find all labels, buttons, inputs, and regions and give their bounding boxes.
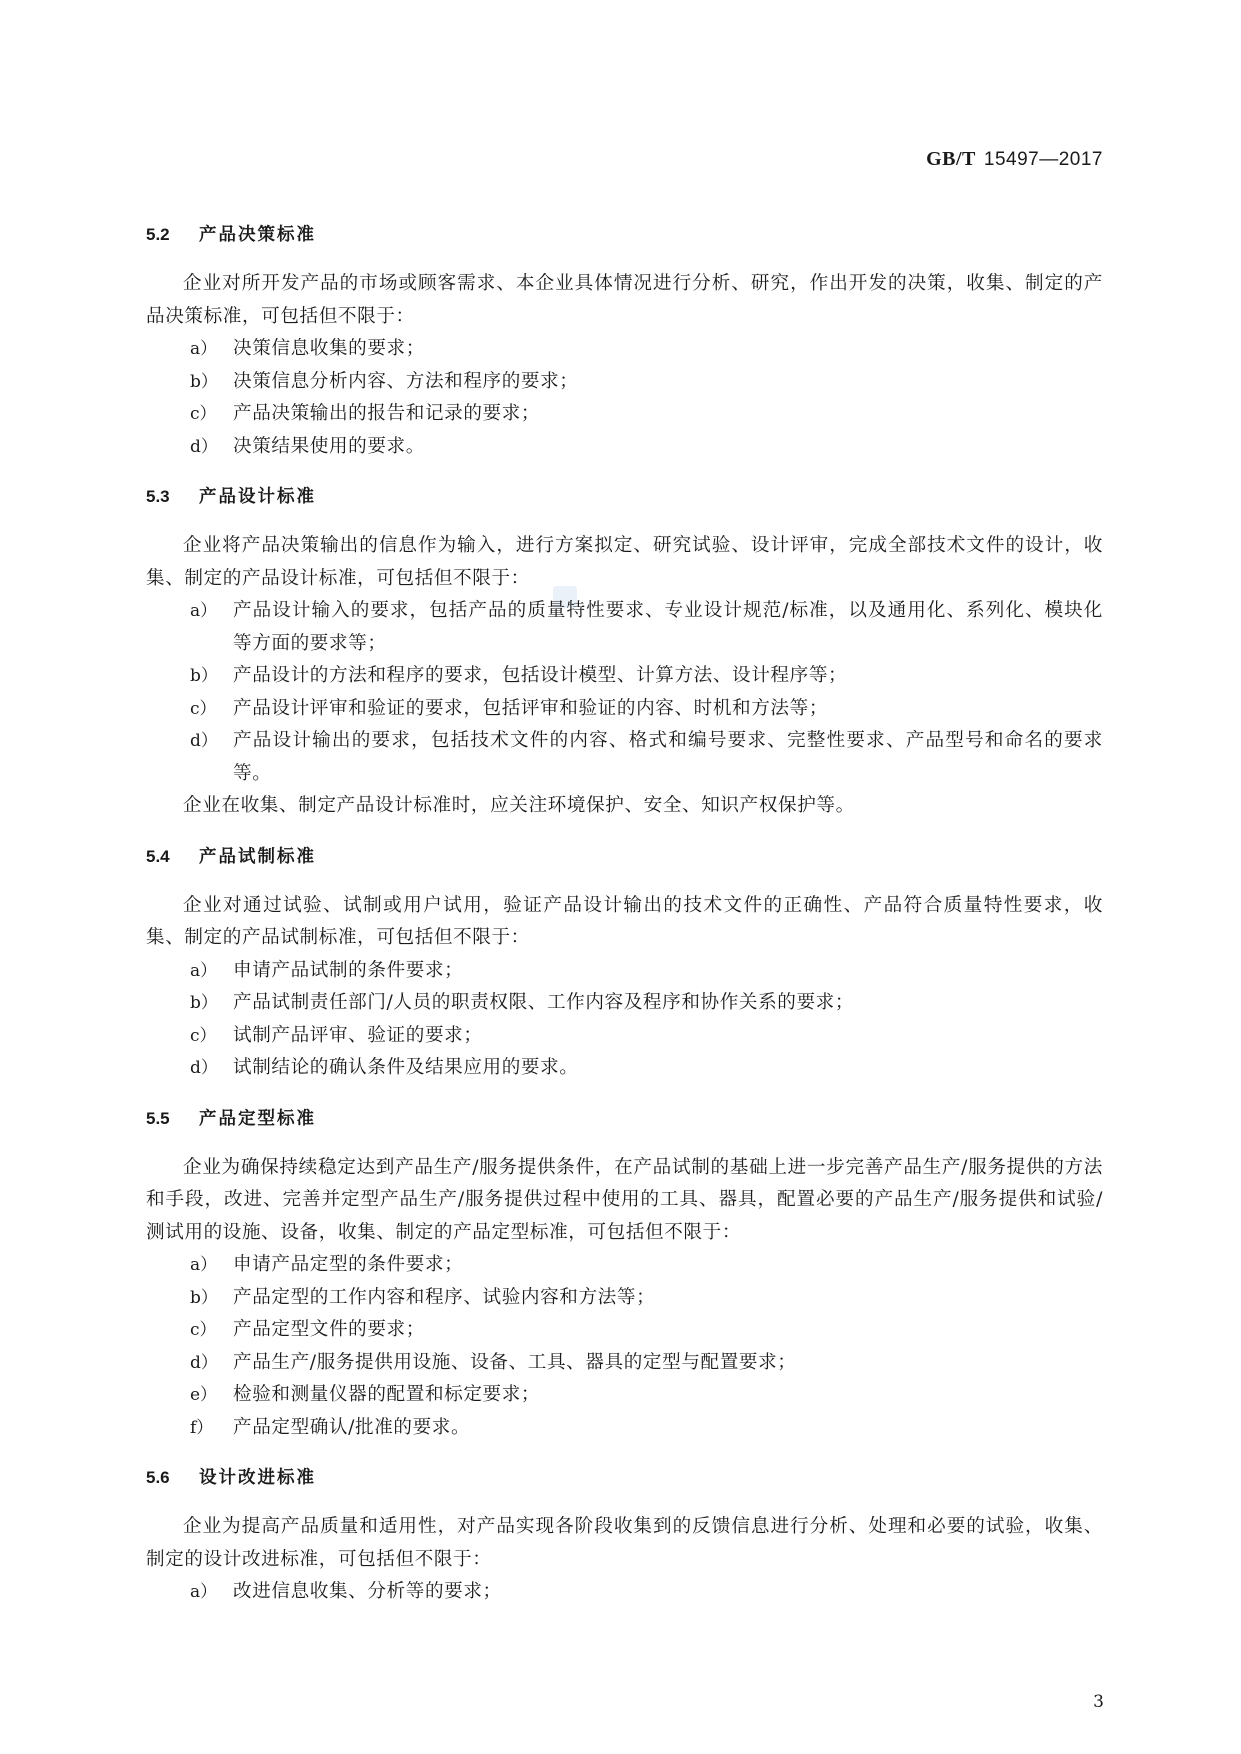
- requirement-list: a）申请产品定型的条件要求； b）产品定型的工作内容和程序、试验内容和方法等； …: [146, 1249, 1103, 1444]
- section-intro: 企业对通过试验、试制或用户试用，验证产品设计输出的技术文件的正确性、产品符合质量…: [146, 890, 1103, 955]
- section-spacer: [146, 463, 1103, 484]
- section-spacer: [146, 1085, 1103, 1106]
- list-item-text: 试制结论的确认条件及结果应用的要求。: [233, 1057, 579, 1078]
- list-item: b）决策信息分析内容、方法和程序的要求；: [146, 366, 1103, 399]
- section-title: 产品试制标准: [199, 847, 316, 867]
- list-item-text: 产品设计输出的要求，包括技术文件的内容、格式和编号要求、完整性要求、产品型号和命…: [233, 730, 1103, 784]
- standard-code-header: GB/T15497—2017: [926, 148, 1103, 171]
- list-item-text: 申请产品定型的条件要求；: [233, 1254, 463, 1275]
- list-item-text: 试制产品评审、验证的要求；: [233, 1025, 483, 1046]
- section-spacer: [146, 1444, 1103, 1465]
- list-item: f）产品定型确认/批准的要求。: [146, 1412, 1103, 1445]
- list-item: d）产品生产/服务提供用设施、设备、工具、器具的定型与配置要求；: [146, 1347, 1103, 1380]
- section-number: 5.6: [146, 1465, 199, 1491]
- list-item: a）改进信息收集、分析等的要求；: [146, 1576, 1103, 1609]
- document-body: 5.2产品决策标准 企业对所开发产品的市场或顾客需求、本企业具体情况进行分析、研…: [146, 222, 1103, 1609]
- section-5-5: 5.5产品定型标准 企业为确保持续稳定达到产品生产/服务提供条件，在产品试制的基…: [146, 1106, 1103, 1466]
- section-title: 产品决策标准: [199, 225, 316, 245]
- requirement-list: a）申请产品试制的条件要求； b）产品试制责任部门/人员的职责权限、工作内容及程…: [146, 955, 1103, 1085]
- list-item: b）产品设计的方法和程序的要求，包括设计模型、计算方法、设计程序等；: [146, 660, 1103, 693]
- list-marker: a）: [190, 1249, 217, 1282]
- list-marker: a）: [190, 955, 217, 988]
- section-intro: 企业将产品决策输出的信息作为输入，进行方案拟定、研究试验、设计评审，完成全部技术…: [146, 530, 1103, 595]
- section-title: 设计改进标准: [199, 1468, 316, 1488]
- section-heading: 5.3产品设计标准: [146, 484, 1103, 510]
- section-intro: 企业对所开发产品的市场或顾客需求、本企业具体情况进行分析、研究，作出开发的决策，…: [146, 268, 1103, 333]
- list-item: a）申请产品试制的条件要求；: [146, 955, 1103, 988]
- list-marker: d）: [190, 1347, 218, 1380]
- document-page: GB/T15497—2017 5.2产品决策标准 企业对所开发产品的市场或顾客需…: [0, 0, 1241, 1754]
- section-title: 产品定型标准: [199, 1109, 316, 1129]
- list-item-text: 产品设计输入的要求，包括产品的质量特性要求、专业设计规范/标准，以及通用化、系列…: [233, 600, 1103, 654]
- list-item: d）决策结果使用的要求。: [146, 431, 1103, 464]
- section-intro: 企业为确保持续稳定达到产品生产/服务提供条件，在产品试制的基础上进一步完善产品生…: [146, 1152, 1103, 1250]
- section-heading: 5.6设计改进标准: [146, 1465, 1103, 1491]
- list-item: a）产品设计输入的要求，包括产品的质量特性要求、专业设计规范/标准，以及通用化、…: [146, 595, 1103, 660]
- list-item: c）产品设计评审和验证的要求，包括评审和验证的内容、时机和方法等；: [146, 693, 1103, 726]
- requirement-list: a）产品设计输入的要求，包括产品的质量特性要求、专业设计规范/标准，以及通用化、…: [146, 595, 1103, 790]
- section-5-6: 5.6设计改进标准 企业为提高产品质量和适用性，对产品实现各阶段收集到的反馈信息…: [146, 1465, 1103, 1609]
- list-marker: b）: [190, 366, 218, 399]
- list-marker: b）: [190, 987, 218, 1020]
- list-item-text: 决策结果使用的要求。: [233, 436, 425, 457]
- list-item: d）产品设计输出的要求，包括技术文件的内容、格式和编号要求、完整性要求、产品型号…: [146, 725, 1103, 790]
- requirement-list: a）改进信息收集、分析等的要求；: [146, 1576, 1103, 1609]
- list-item: c）产品定型文件的要求；: [146, 1314, 1103, 1347]
- list-item: b）产品定型的工作内容和程序、试验内容和方法等；: [146, 1282, 1103, 1315]
- list-marker: b）: [190, 1282, 218, 1315]
- section-number: 5.2: [146, 222, 199, 248]
- section-5-3: 5.3产品设计标准 企业将产品决策输出的信息作为输入，进行方案拟定、研究试验、设…: [146, 484, 1103, 844]
- section-spacer: [146, 823, 1103, 844]
- list-item-text: 产品试制责任部门/人员的职责权限、工作内容及程序和协作关系的要求；: [233, 992, 854, 1013]
- list-marker: d）: [190, 725, 218, 758]
- list-item-text: 产品定型的工作内容和程序、试验内容和方法等；: [233, 1287, 655, 1308]
- list-item: e）检验和测量仪器的配置和标定要求；: [146, 1379, 1103, 1412]
- section-number: 5.3: [146, 484, 199, 510]
- list-marker: d）: [190, 431, 218, 464]
- list-item-text: 改进信息收集、分析等的要求；: [233, 1581, 502, 1602]
- list-item-text: 决策信息收集的要求；: [233, 338, 425, 359]
- list-item-text: 产品定型确认/批准的要求。: [233, 1417, 470, 1438]
- section-heading: 5.4产品试制标准: [146, 844, 1103, 870]
- list-item: a）申请产品定型的条件要求；: [146, 1249, 1103, 1282]
- section-heading: 5.2产品决策标准: [146, 222, 1103, 248]
- section-number: 5.5: [146, 1106, 199, 1132]
- section-note: 企业在收集、制定产品设计标准时，应关注环境保护、安全、知识产权保护等。: [146, 790, 1103, 823]
- list-marker: c）: [190, 1020, 217, 1053]
- list-marker: a）: [190, 1576, 217, 1609]
- list-marker: d）: [190, 1052, 218, 1085]
- section-title: 产品设计标准: [199, 487, 316, 507]
- list-item-text: 产品设计评审和验证的要求，包括评审和验证的内容、时机和方法等；: [233, 698, 828, 719]
- list-item-text: 产品设计的方法和程序的要求，包括设计模型、计算方法、设计程序等；: [233, 665, 847, 686]
- list-item-text: 检验和测量仪器的配置和标定要求；: [233, 1384, 540, 1405]
- standard-prefix: GB/T: [926, 148, 976, 170]
- section-heading: 5.5产品定型标准: [146, 1106, 1103, 1132]
- section-5-4: 5.4产品试制标准 企业对通过试验、试制或用户试用，验证产品设计输出的技术文件的…: [146, 844, 1103, 1106]
- list-marker: c）: [190, 1314, 217, 1347]
- standard-number: 15497—2017: [984, 149, 1103, 170]
- list-marker: c）: [190, 693, 217, 726]
- section-intro: 企业为提高产品质量和适用性，对产品实现各阶段收集到的反馈信息进行分析、处理和必要…: [146, 1511, 1103, 1576]
- list-item-text: 产品决策输出的报告和记录的要求；: [233, 403, 540, 424]
- list-item: c）试制产品评审、验证的要求；: [146, 1020, 1103, 1053]
- page-number: 3: [1093, 1692, 1104, 1712]
- section-5-2: 5.2产品决策标准 企业对所开发产品的市场或顾客需求、本企业具体情况进行分析、研…: [146, 222, 1103, 484]
- list-item: d）试制结论的确认条件及结果应用的要求。: [146, 1052, 1103, 1085]
- requirement-list: a）决策信息收集的要求； b）决策信息分析内容、方法和程序的要求； c）产品决策…: [146, 333, 1103, 463]
- list-item-text: 产品定型文件的要求；: [233, 1319, 425, 1340]
- list-item: c）产品决策输出的报告和记录的要求；: [146, 398, 1103, 431]
- list-item: a）决策信息收集的要求；: [146, 333, 1103, 366]
- list-marker: a）: [190, 595, 217, 628]
- section-number: 5.4: [146, 844, 199, 870]
- list-marker: c）: [190, 398, 217, 431]
- list-item-text: 决策信息分析内容、方法和程序的要求；: [233, 371, 579, 392]
- list-item-text: 申请产品试制的条件要求；: [233, 960, 463, 981]
- list-marker: a）: [190, 333, 217, 366]
- list-item-text: 产品生产/服务提供用设施、设备、工具、器具的定型与配置要求；: [233, 1352, 796, 1373]
- list-marker: e）: [190, 1379, 217, 1412]
- list-item: b）产品试制责任部门/人员的职责权限、工作内容及程序和协作关系的要求；: [146, 987, 1103, 1020]
- list-marker: b）: [190, 660, 218, 693]
- list-marker: f）: [190, 1412, 213, 1445]
